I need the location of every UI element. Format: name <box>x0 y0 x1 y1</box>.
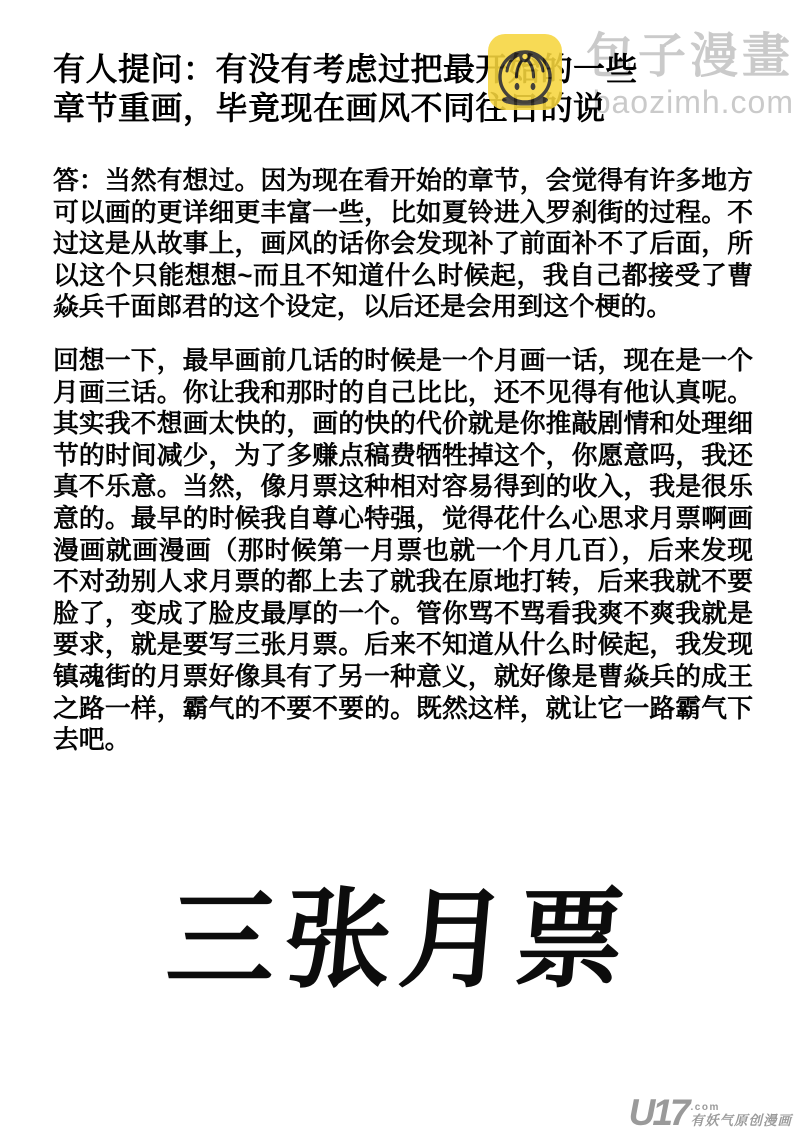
answer-paragraph-2: 回想一下，最早画前几话的时候是一个月画一话，现在是一个月画三话。你让我和那时的自… <box>53 346 753 757</box>
comic-page: 包子漫畫 baozimh.com 有人提问：有没有考虑过把最开始的一些 章节重画… <box>0 0 800 1132</box>
answer-paragraph-1: 答：当然有想过。因为现在看开始的章节，会觉得有许多地方可以画的更详细更丰富一些，… <box>53 166 753 324</box>
u17-domain-suffix: .com <box>691 1103 720 1113</box>
u17-logo-right: .com 有妖气原创漫画 <box>691 1103 793 1128</box>
question-title: 有人提问：有没有考虑过把最开始的一些 章节重画，毕竟现在画风不同往日的说 <box>53 50 753 128</box>
baozi-bun-icon <box>487 33 563 111</box>
question-title-line1: 有人提问：有没有考虑过把最开始的一些 <box>53 50 753 89</box>
qa-content: 有人提问：有没有考虑过把最开始的一些 章节重画，毕竟现在画风不同往日的说 答：当… <box>53 50 753 757</box>
u17-tagline: 有妖气原创漫画 <box>691 1114 793 1128</box>
question-title-line2: 章节重画，毕竟现在画风不同往日的说 <box>53 89 753 128</box>
calligraphy-monthly-tickets: 三张月票 <box>0 878 800 1002</box>
u17-logo-text: U17 <box>629 1099 688 1128</box>
u17-logo: U17 .com 有妖气原创漫画 <box>629 1099 792 1128</box>
